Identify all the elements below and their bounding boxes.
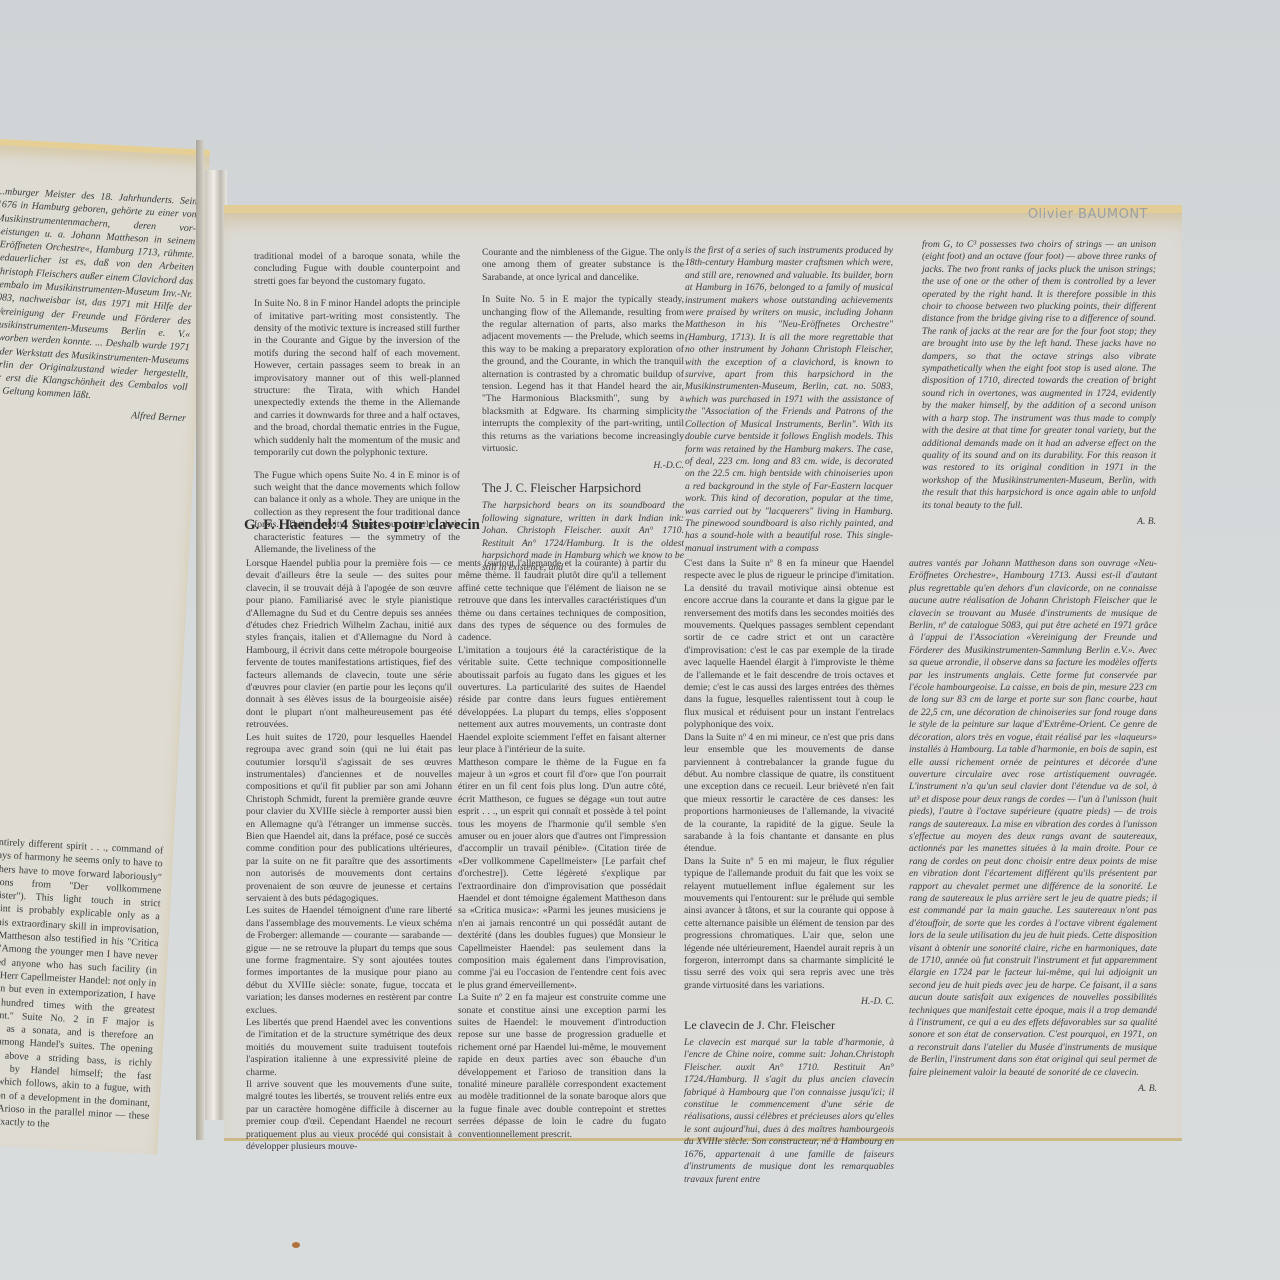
section-heading: Le clavecin de J. Chr. Fleischer [684, 1019, 894, 1031]
owner-stamp: Olivier BAUMONT [1028, 207, 1148, 222]
paragraph: autres vantés par Johann Mattheson dans … [909, 558, 1157, 1079]
paragraph: In Suite No. 8 in F minor Handel adopts … [254, 298, 460, 459]
paragraph: traditional model of a baroque sonata, w… [254, 251, 460, 288]
english-column-3: is the first of a series of such instrum… [685, 245, 893, 565]
author-signature: H.-D.C. [482, 460, 684, 472]
stain-spot [292, 1242, 300, 1248]
paragraph: from G, to C³ possesses two choirs of st… [922, 239, 1156, 512]
english-liner-notes-continued: by "an entirely different spirit . . ., … [0, 834, 164, 1137]
author-signature: A. B. [922, 516, 1156, 528]
paragraph: Le clavecin est marqué sur la table d'ha… [684, 1037, 894, 1186]
paragraph: Il arrive souvent que les mouvements d'u… [246, 1079, 452, 1153]
french-column-1: Lorsque Haendel publia pour la première … [246, 558, 452, 1154]
paragraph: The Fugue which opens Suite No. 4 in E m… [254, 470, 460, 557]
german-liner-notes: ...mburger Meister des 18. Jahrhunderts.… [0, 185, 198, 425]
german-signature: Alfred Berner [0, 401, 186, 425]
paragraph: In Suite No. 5 in E major the typically … [482, 294, 684, 455]
french-column-2: ments (surtout l'allemande et la courant… [458, 558, 666, 1141]
french-column-3: C'est dans la Suite nº 8 en fa mineur qu… [684, 558, 894, 1186]
french-column-4: autres vantés par Johann Mattheson dans … [909, 558, 1157, 1095]
paragraph: Dans la Suite nº 4 en mi mineur, ce n'es… [684, 732, 894, 856]
english-text: by "an entirely different spirit . . ., … [0, 835, 164, 1130]
german-text: ...mburger Meister des 18. Jahrhunderts.… [0, 186, 198, 402]
gatefold-edge [196, 140, 204, 1140]
paragraph: Courante and the nimbleness of the Gigue… [482, 247, 684, 284]
english-column-2: Courante and the nimbleness of the Gigue… [482, 247, 684, 585]
paragraph: Dans la Suite nº 5 en mi majeur, le flux… [684, 856, 894, 992]
english-column-4: from G, to C³ possesses two choirs of st… [922, 239, 1156, 528]
paragraph: Les libertés que prend Haendel avec les … [246, 1017, 452, 1079]
paragraph: ments (surtout l'allemande et la courant… [458, 558, 666, 645]
paragraph: Mattheson compare le thème de la Fugue e… [458, 757, 666, 993]
paragraph: C'est dans la Suite nº 8 en fa mineur qu… [684, 558, 894, 732]
author-signature: A. B. [909, 1083, 1157, 1095]
paragraph: Lorsque Haendel publia pour la première … [246, 558, 452, 732]
section-heading: The J. C. Fleischer Harpsichord [482, 482, 684, 494]
paragraph: L'imitation a toujours été la caractéris… [458, 645, 666, 757]
author-signature: H.-D. C. [684, 996, 894, 1008]
paragraph: is the first of a series of such instrum… [685, 245, 893, 555]
paragraph: La Suite nº 2 en fa majeur est construit… [458, 992, 666, 1141]
right-page: Olivier BAUMONT traditional model of a b… [224, 205, 1182, 1141]
paragraph: Les huit suites de 1720, pour lesquelles… [246, 732, 452, 906]
french-title: G. F. Haendel: 4 Suites pour clavecin [244, 517, 480, 534]
paragraph: Les suites de Haendel témoignent d'une r… [246, 905, 452, 1017]
